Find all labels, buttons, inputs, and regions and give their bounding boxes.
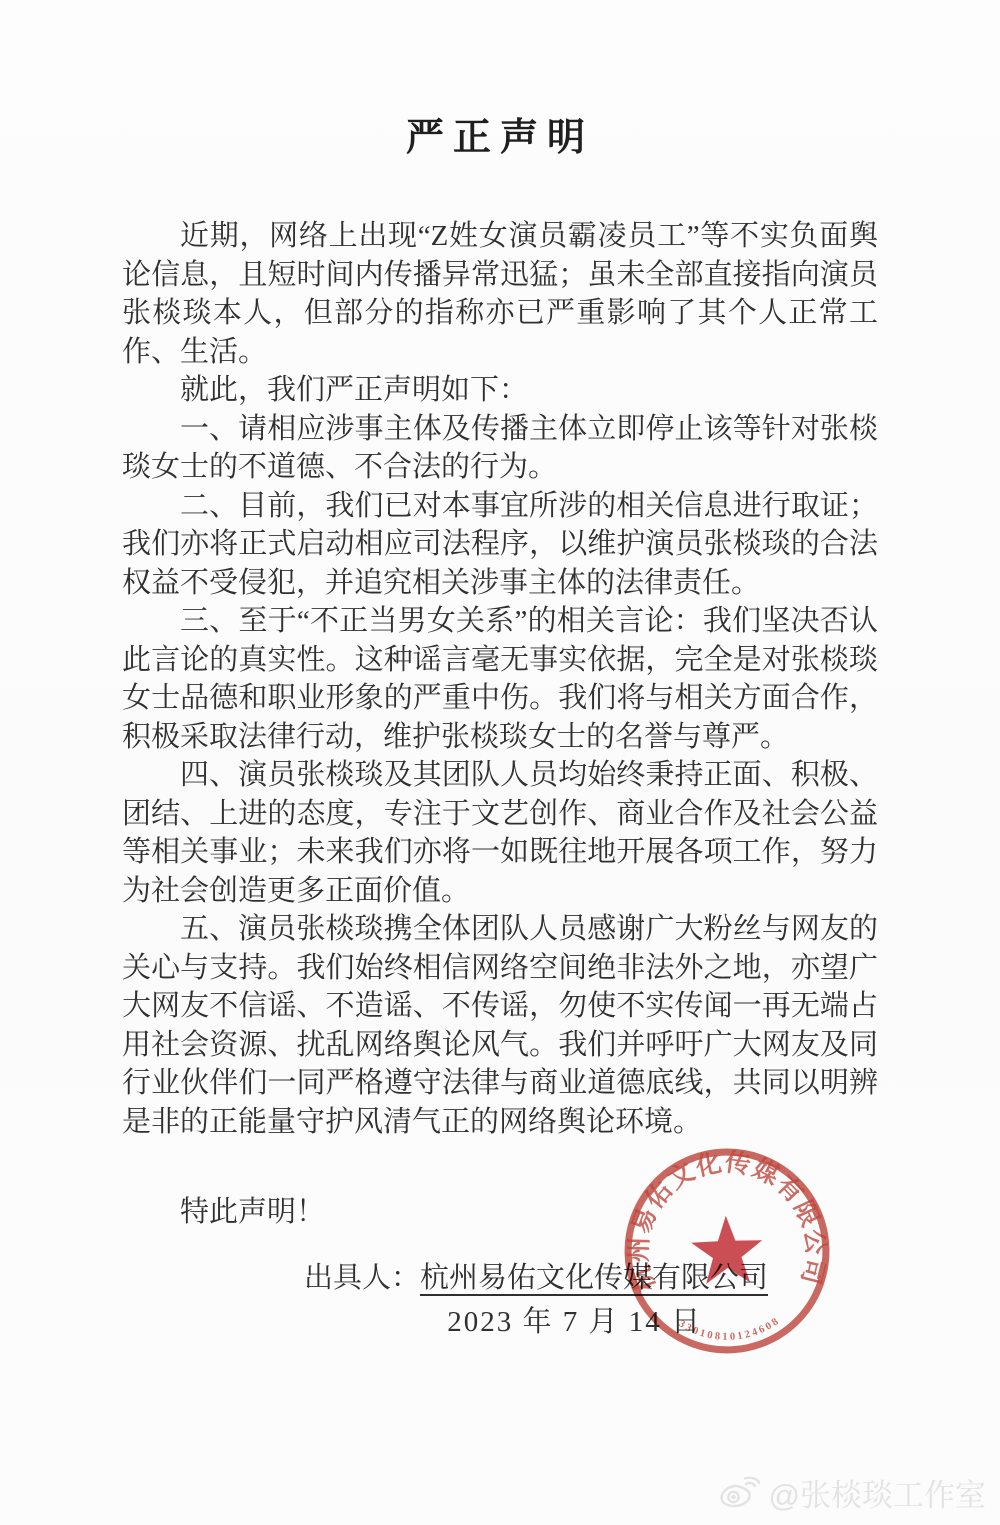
paragraph-clause-2: 二、目前，我们已对本事宜所涉的相关信息进行取证；我们亦将正式启动相应司法程序，以… bbox=[122, 487, 878, 603]
paragraph-clause-1: 一、请相应涉事主体及传播主体立即停止该等针对张棪琰女士的不道德、不合法的行为。 bbox=[122, 410, 878, 487]
paragraph-clause-3: 三、至于“不正当男女关系”的相关言论：我们坚决否认此言论的真实性。这种谣言毫无事… bbox=[122, 602, 878, 756]
seal-graphic: 杭州易佑文化传媒有限公司 33010810124608 bbox=[615, 1139, 838, 1362]
paragraph-clause-5: 五、演员张棪琰携全体团队人员感谢广大粉丝与网友的关心与支持。我们始终相信网络空间… bbox=[122, 910, 878, 1141]
paragraph-clause-4: 四、演员张棪琰及其团队人员均始终秉持正面、积极、团结、上进的态度，专注于文艺创作… bbox=[122, 756, 878, 910]
company-seal-stamp: 杭州易佑文化传媒有限公司 33010810124608 bbox=[615, 1139, 838, 1362]
seal-star-icon bbox=[690, 1214, 763, 1284]
issuer-label: 出具人： bbox=[304, 1262, 420, 1294]
paragraph-lead-in: 就此，我们严正声明如下： bbox=[122, 371, 878, 410]
watermark-handle: @张棪琰工作室 bbox=[769, 1470, 986, 1515]
statement-title: 严正声明 bbox=[0, 0, 1000, 161]
weibo-watermark: @张棪琰工作室 bbox=[718, 1470, 986, 1515]
scanned-statement-page: 严正声明 近期，网络上出现“Z姓女演员霸凌员工”等不实负面舆论信息，且短时间内传… bbox=[0, 0, 1000, 1525]
weibo-icon bbox=[718, 1476, 760, 1510]
paragraph-intro: 近期，网络上出现“Z姓女演员霸凌员工”等不实负面舆论信息，且短时间内传播异常迅猛… bbox=[122, 217, 878, 371]
